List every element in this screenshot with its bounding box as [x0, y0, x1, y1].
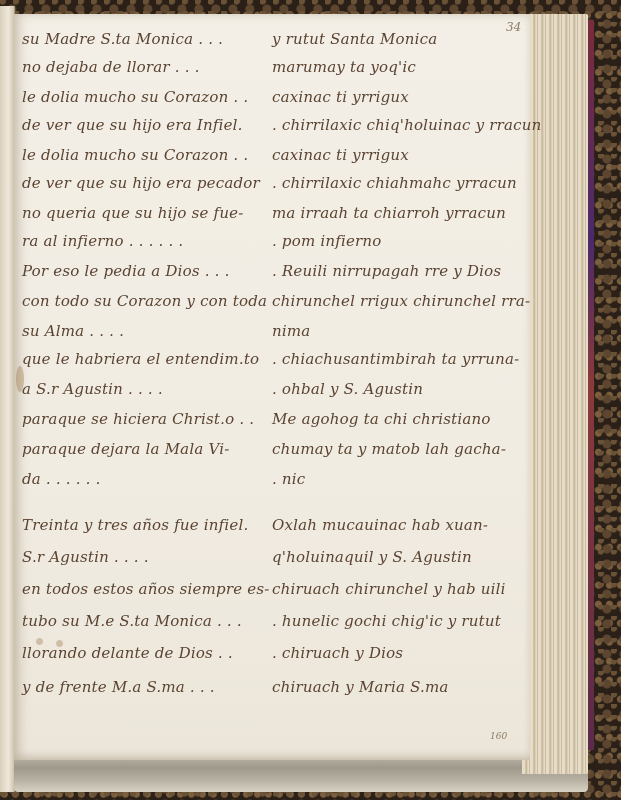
- mayan-text: . hunelic gochi chig'ic y rutut: [272, 612, 501, 630]
- spanish-text: llorando delante de Dios . .: [22, 644, 233, 662]
- mayan-text: marumay ta yoq'ic: [272, 58, 416, 76]
- spanish-text: Treinta y tres años fue infiel.: [22, 516, 248, 534]
- text-row: le dolia mucho su Corazon . . caxinac ti…: [0, 146, 540, 172]
- spanish-text: paraque se hiciera Christ.o . .: [22, 410, 254, 428]
- mayan-text: . chirrilaxic chiq'holuinac y rracun: [272, 116, 541, 134]
- colored-fore-edge: [588, 20, 594, 750]
- text-row: S.r Agustin . . . . q'holuinaquil y S. A…: [0, 548, 540, 574]
- spanish-text: de ver que su hijo era Infiel.: [22, 116, 243, 134]
- mayan-text: ma irraah ta chiarroh yrracun: [272, 204, 506, 222]
- mayan-text: . chiruach y Dios: [272, 644, 403, 662]
- spanish-text: ra al infierno . . . . . .: [22, 232, 183, 250]
- mayan-text: chirunchel rrigux chirunchel rra-: [272, 292, 530, 310]
- spanish-text: no queria que su hijo se fue-: [22, 204, 244, 222]
- text-row: su Alma . . . . nima: [0, 322, 540, 348]
- mayan-text: . chiachusantimbirah ta yrruna-: [272, 350, 519, 368]
- text-row: su Madre S.ta Monica . . . y rutut Santa…: [0, 30, 540, 56]
- spanish-text: de ver que su hijo era pecador: [22, 174, 260, 192]
- text-row: Treinta y tres años fue infiel. Oxlah mu…: [0, 516, 540, 542]
- text-row: con todo su Corazon y con toda chirunche…: [0, 292, 540, 318]
- mayan-text: caxinac ti yrrigux: [272, 88, 409, 106]
- spanish-text: en todos estos años siempre es-: [22, 580, 270, 598]
- mayan-text: chumay ta y matob lah gacha-: [272, 440, 506, 458]
- text-row: de ver que su hijo era Infiel. . chirril…: [0, 116, 540, 142]
- mayan-text: . pom infierno: [272, 232, 382, 250]
- mayan-text: . Reuili nirrupagah rre y Dios: [272, 262, 501, 280]
- spanish-text: paraque dejara la Mala Vi-: [22, 440, 229, 458]
- text-row: no queria que su hijo se fue- ma irraah …: [0, 204, 540, 230]
- mayan-text: . ohbal y S. Agustin: [272, 380, 423, 398]
- spanish-text: no dejaba de llorar . . .: [22, 58, 200, 76]
- mayan-text: chiruach chirunchel y hab uili: [272, 580, 506, 598]
- text-row: y de frente M.a S.ma . . . chiruach y Ma…: [0, 678, 540, 704]
- text-row: paraque se hiciera Christ.o . . Me agoho…: [0, 410, 540, 436]
- spanish-text: a S.r Agustin . . . .: [22, 380, 163, 398]
- spanish-text: con todo su Corazon y con toda: [22, 292, 267, 310]
- text-row: le dolia mucho su Corazon . . caxinac ti…: [0, 88, 540, 114]
- spanish-text: S.r Agustin . . . .: [22, 548, 149, 566]
- text-row: llorando delante de Dios . . . chiruach …: [0, 644, 540, 670]
- spanish-text: que le habriera el entendim.to: [22, 350, 259, 368]
- mayan-text: nima: [272, 322, 310, 340]
- mayan-text: y rutut Santa Monica: [272, 30, 437, 48]
- folio-number: 160: [490, 732, 507, 742]
- mayan-text: q'holuinaquil y S. Agustin: [272, 548, 472, 566]
- spanish-text: y de frente M.a S.ma . . .: [22, 678, 215, 696]
- text-row: que le habriera el entendim.to . chiachu…: [0, 350, 540, 376]
- text-row: no dejaba de llorar . . . marumay ta yoq…: [0, 58, 540, 84]
- mayan-text: Oxlah mucauinac hab xuan-: [272, 516, 488, 534]
- spanish-text: tubo su M.e S.ta Monica . . .: [22, 612, 242, 630]
- text-row: da . . . . . . . nic: [0, 470, 540, 496]
- mayan-text: . chirrilaxic chiahmahc yrracun: [272, 174, 517, 192]
- mayan-text: chiruach y Maria S.ma: [272, 678, 449, 696]
- text-row: ra al infierno . . . . . . . pom infiern…: [0, 232, 540, 258]
- spanish-text: le dolia mucho su Corazon . .: [22, 146, 248, 164]
- text-row: tubo su M.e S.ta Monica . . . . hunelic …: [0, 612, 540, 638]
- spanish-text: da . . . . . .: [22, 470, 101, 488]
- text-row: de ver que su hijo era pecador . chirril…: [0, 174, 540, 200]
- spanish-text: su Alma . . . .: [22, 322, 124, 340]
- spanish-text: Por eso le pedia a Dios . . .: [22, 262, 230, 280]
- mayan-text: caxinac ti yrrigux: [272, 146, 409, 164]
- text-row: a S.r Agustin . . . . . ohbal y S. Agust…: [0, 380, 540, 406]
- text-row: Por eso le pedia a Dios . . . . Reuili n…: [0, 262, 540, 288]
- mayan-text: . nic: [272, 470, 305, 488]
- spanish-text: su Madre S.ta Monica . . .: [22, 30, 223, 48]
- spanish-text: le dolia mucho su Corazon . .: [22, 88, 248, 106]
- text-row: paraque dejara la Mala Vi- chumay ta y m…: [0, 440, 540, 466]
- mayan-text: Me agohog ta chi christiano: [272, 410, 491, 428]
- text-row: en todos estos años siempre es- chiruach…: [0, 580, 540, 606]
